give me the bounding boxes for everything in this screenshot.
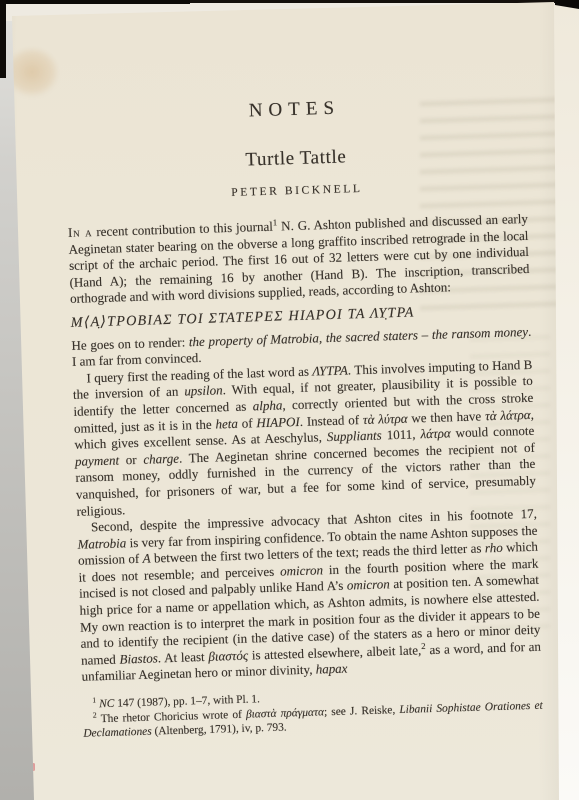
footnotes: 1 NC 147 (1987), pp. 1–7, with Pl. 1. 2 … — [82, 684, 543, 742]
scanned-page-view: NOTES Turtle Tattle PETER BICKNELL In a … — [0, 0, 579, 800]
printed-content: NOTES Turtle Tattle PETER BICKNELL In a … — [64, 86, 543, 742]
page-sheet: NOTES Turtle Tattle PETER BICKNELL In a … — [0, 0, 579, 800]
paragraph-4: Second, despite the impressive advocacy … — [77, 506, 542, 686]
section-heading: NOTES — [64, 92, 524, 128]
paragraph-1: In a recent contribution to this journal… — [68, 211, 530, 308]
scan-background-left-corner — [0, 0, 6, 78]
author-name: PETER BICKNELL — [67, 178, 527, 204]
article-body: In a recent contribution to this journal… — [68, 211, 542, 686]
article-title: Turtle Tattle — [66, 141, 526, 177]
paragraph-3: I query first the reading of the last wo… — [72, 357, 536, 520]
scan-background-top-band — [0, 0, 190, 4]
